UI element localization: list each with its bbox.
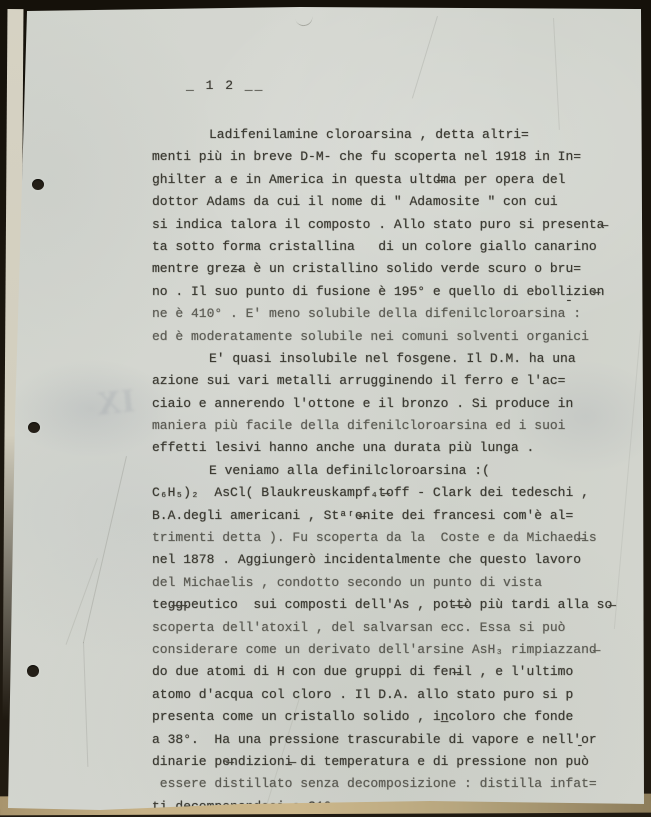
typed-line: nel 1878 . Aggiungerò incidentalmente ch… <box>152 549 622 571</box>
typed-text-block: Ladifenilamine cloroarsina , detta altri… <box>152 124 622 817</box>
crease-line <box>553 18 560 130</box>
typed-line: si indica talora il composto . Allo stat… <box>152 214 622 236</box>
typed-line: atomo d'acqua col cloro . Il D.A. allo s… <box>152 684 622 706</box>
typed-line: mentre grez̶a è un cristallino solido ve… <box>152 258 622 280</box>
typed-line: essere distillato senza decomposizione :… <box>152 773 622 795</box>
typed-line: do due atomi di H con due gruppi di fen̶… <box>152 661 622 683</box>
typed-line: considerare come un derivato dell'arsine… <box>152 639 622 661</box>
typed-line: trimenti detta ). Fu scoperta da la Cost… <box>152 527 622 549</box>
stray-typed-dash: - <box>565 293 573 308</box>
crease-line <box>412 16 438 99</box>
punch-hole <box>28 422 40 433</box>
crease-line <box>83 642 88 767</box>
crease-line <box>83 456 127 643</box>
scanned-document: IX _ 1 2 __ Ladifenilamine cloroarsina ,… <box>0 0 651 817</box>
typed-line: dinarie pe̶ndizioni̶ di temperatura e di… <box>152 751 622 773</box>
typed-line: C₆H₅)₂ AsCl( Blaukreuskampf₄t̶off - Clar… <box>152 482 622 504</box>
document-page: IX _ 1 2 __ Ladifenilamine cloroarsina ,… <box>0 0 651 817</box>
page-number: _ 1 2 __ <box>186 78 264 93</box>
punch-hole <box>27 665 39 677</box>
typed-line: ta sotto forma cristallina di un colore … <box>152 236 622 258</box>
typed-line: del Michaelis , condotto secondo un punt… <box>152 572 622 594</box>
scratch-mark <box>295 14 314 27</box>
typed-line: scoperta dell'atoxil , del salvarsan ecc… <box>152 617 622 639</box>
typed-line: effetti lesivi hanno anche una durata pi… <box>152 437 622 459</box>
typed-line: azione sui vari metalli arrugginendo il … <box>152 370 622 392</box>
typed-line: a 38°. Ha una pressione trascurabile di … <box>152 729 622 751</box>
typed-line: dottor Adams da cui il nome di " Adamosi… <box>152 191 622 213</box>
typed-line: maniera più facile della difenilcloroars… <box>152 415 622 437</box>
typed-line: ghilter a e in America in questa ultd̶ma… <box>152 169 622 191</box>
typed-line: no . Il suo punto di fusione è 195° e qu… <box>152 281 622 303</box>
typed-line: presenta come un cristallo solido , in̲c… <box>152 706 622 728</box>
typed-line: ciaio e annerendo l'ottone e il bronzo .… <box>152 393 622 415</box>
typed-line: menti più in breve D-M- che fu scoperta … <box>152 146 622 168</box>
typed-line: E veniamo alla definilcloroarsina :( <box>152 460 622 482</box>
punch-hole <box>32 179 44 190</box>
typed-line: ne è 410° . E' meno solubile della difen… <box>152 303 622 325</box>
typed-line: B.A.degli americani , Stᵃʳe̶nite dei fra… <box>152 505 622 527</box>
stray-typed-dash: - <box>576 738 584 753</box>
typed-line: ed è moderatamente solubile nei comuni s… <box>152 326 622 348</box>
typed-line: Ladifenilamine cloroarsina , detta altri… <box>152 124 622 146</box>
ghost-showthrough-text: IX <box>53 382 139 448</box>
typed-line: teg̶g̶peutico sui composti dell'As , pot… <box>152 594 622 616</box>
typed-line: E' quasi insolubile nel fosgene. Il D.M.… <box>152 348 622 370</box>
